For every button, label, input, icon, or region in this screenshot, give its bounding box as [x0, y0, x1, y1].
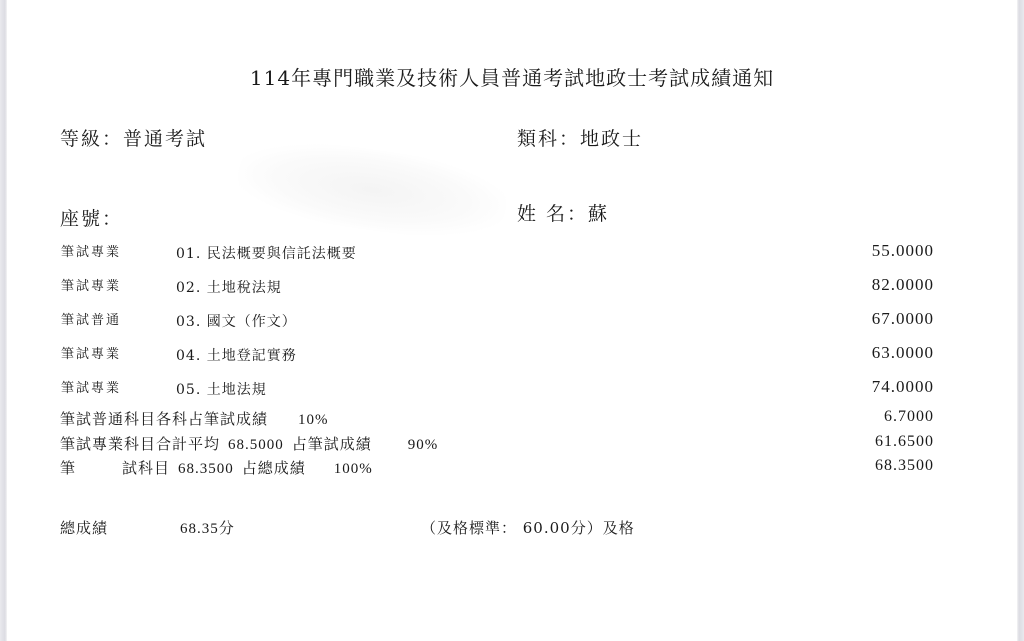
document-title: 114年專門職業及技術人員普通考試地政士考試成績通知: [7, 62, 1017, 91]
total-score-label: 總成績: [60, 517, 108, 538]
seat-label: 座號：: [60, 208, 123, 230]
professional-average-label: 筆試專業科目合計平均: [60, 435, 220, 453]
subject-score: 74.0000: [872, 377, 934, 397]
general-weight-label: 筆試普通科目各科占筆試成績: [60, 410, 268, 428]
name-field: 姓 名：蘇: [517, 199, 609, 226]
written-label-a: 筆: [60, 459, 76, 477]
subject-score: 82.0000: [872, 275, 934, 295]
seat-field: 座號：: [60, 204, 123, 231]
subject-type: 筆試專業: [61, 241, 121, 260]
level-label: 等級：: [60, 128, 123, 150]
subject-name: 04. 土地登記實務: [176, 345, 297, 365]
subject-score: 55.0000: [872, 241, 934, 261]
professional-weight-label: 占筆試成績: [292, 435, 372, 453]
professional-weight-score: 61.6500: [875, 433, 934, 451]
name-value: 蘇: [588, 203, 609, 225]
redacted-area: [233, 132, 512, 249]
subject-name: 02. 土地稅法規: [176, 277, 282, 297]
professional-average-line: 筆試專業科目合計平均68.5000占筆試成績90%: [60, 433, 438, 454]
written-value: 68.3500: [178, 461, 234, 477]
pass-standard: （及格標準： 60.00分）及格: [421, 517, 635, 538]
level-value: 普通考試: [123, 128, 207, 150]
general-weight-score: 6.7000: [884, 408, 934, 426]
professional-weight-percent: 90%: [408, 437, 439, 453]
general-weight-percent: 10%: [298, 412, 329, 428]
name-label: 姓 名：: [517, 203, 588, 225]
subject-name: 05. 土地法規: [176, 379, 267, 399]
subject-name: 01. 民法概要與信託法概要: [176, 243, 357, 263]
subject-score: 63.0000: [872, 343, 934, 363]
page-edge-right: [1017, 0, 1024, 641]
written-total-line: 筆試科目68.3500占總成績100%: [60, 457, 373, 478]
written-weight-percent: 100%: [334, 461, 373, 477]
level-field: 等級：普通考試: [60, 124, 207, 151]
subject-name: 03. 國文（作文）: [176, 311, 297, 331]
professional-average-value: 68.5000: [228, 437, 284, 453]
category-value: 地政士: [580, 128, 643, 150]
category-field: 類科：地政士: [517, 124, 643, 151]
subject-type: 筆試普通: [61, 309, 121, 328]
written-label-b: 試科目: [122, 459, 170, 477]
subject-type: 筆試專業: [61, 275, 121, 294]
category-label: 類科：: [517, 128, 580, 150]
subject-type: 筆試專業: [61, 377, 121, 396]
page-edge-left: [0, 0, 7, 641]
written-weight-label: 占總成績: [242, 459, 306, 477]
general-weight-line: 筆試普通科目各科占筆試成績10%: [60, 408, 329, 429]
subject-score: 67.0000: [872, 309, 934, 329]
written-total-score: 68.3500: [875, 457, 934, 475]
total-score-value: 68.35分: [180, 517, 235, 538]
score-notice-page: 114年專門職業及技術人員普通考試地政士考試成績通知 等級：普通考試 類科：地政…: [7, 0, 1017, 641]
subject-type: 筆試專業: [61, 343, 121, 362]
